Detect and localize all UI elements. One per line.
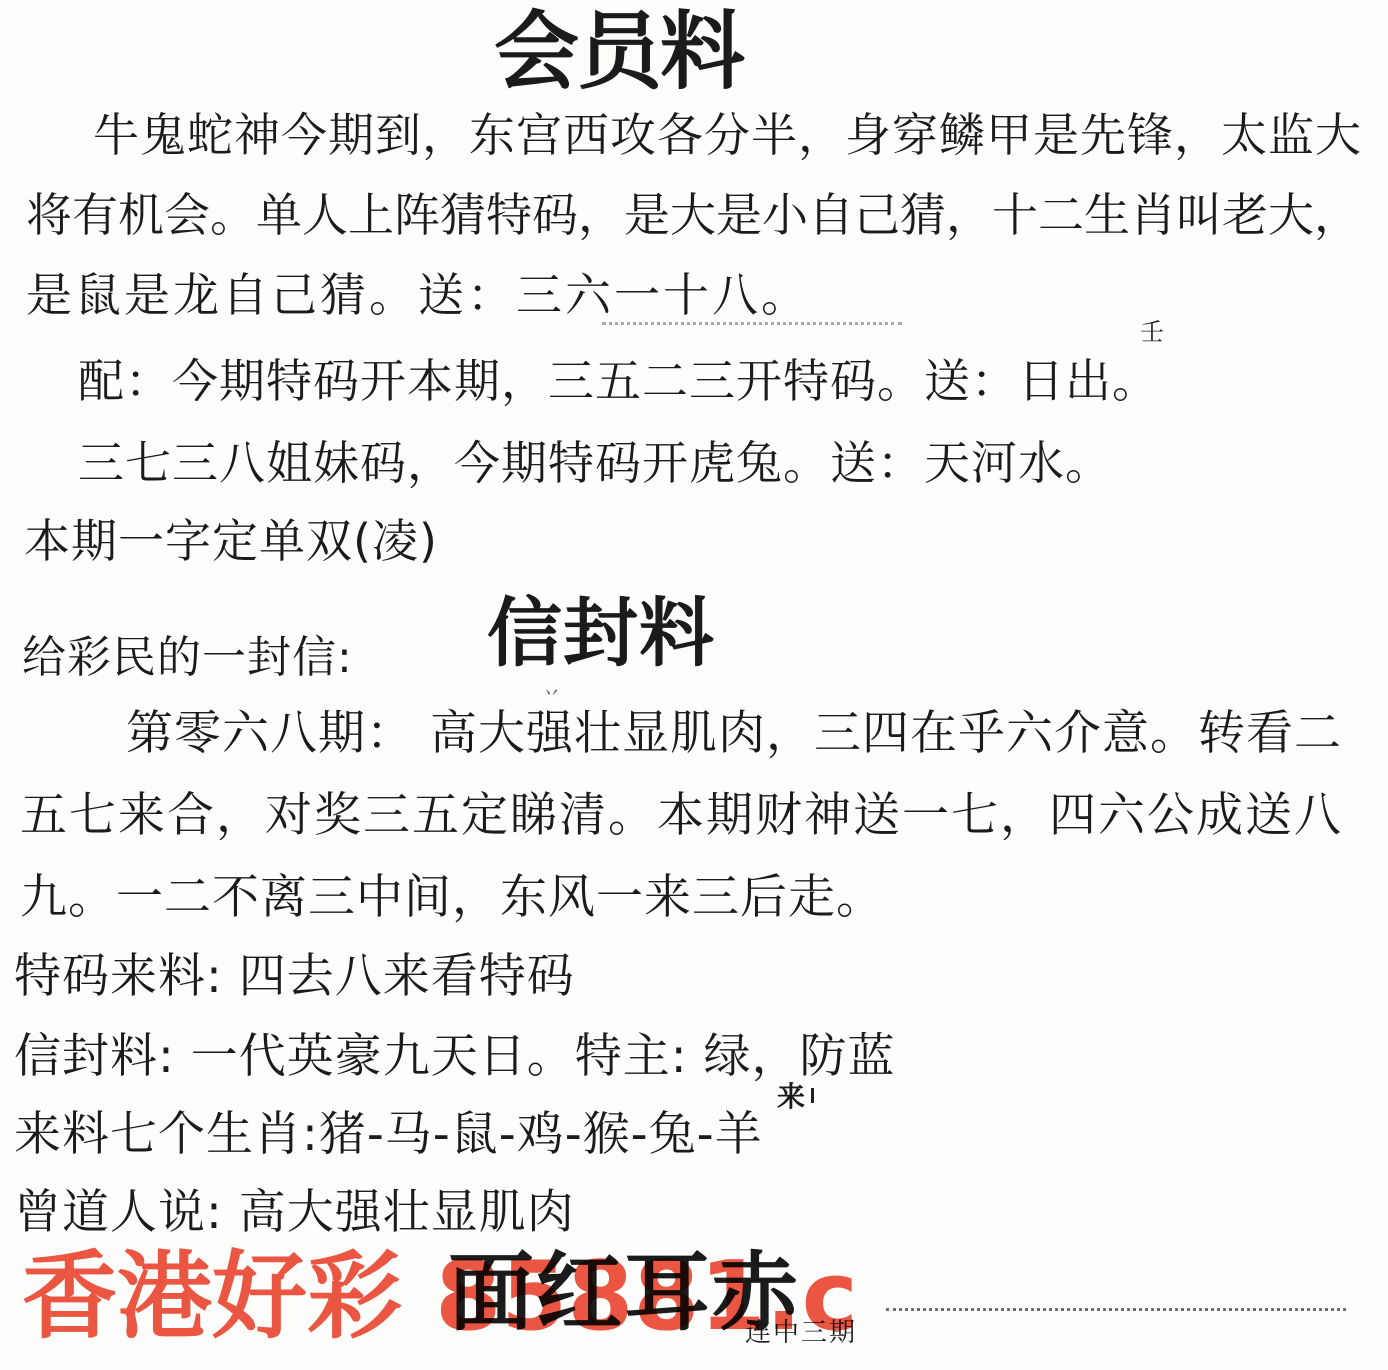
odd-even-line: 本期一字定单双(凌) <box>24 518 438 564</box>
site-watermark-text: 香港好彩 85881.c <box>22 1250 858 1345</box>
scan-noise-tick-bar <box>811 1088 814 1103</box>
scanned-lottery-sheet: 会员料 牛鬼蛇神今期到，东宫西攻各分半，身穿鳞甲是先锋，太监大 将有机会。单人上… <box>0 0 1388 1370</box>
member-paragraph-line-3: 是鼠是龙自己猜。送：三六一十八。 <box>26 272 810 318</box>
envelope-paragraph-line-2: 五七来合，对奖三五定睇清。本期财神送一七，四六公成送八 <box>20 792 1343 839</box>
scan-stray-mark-lai: 来 <box>777 1083 806 1111</box>
envelope-paragraph-line-1: 第零六八期： 高大强壮显肌肉，三四在乎六介意。转看二 <box>126 710 1342 757</box>
scan-stray-mark-tick: 丷 <box>543 686 561 703</box>
zengdaoren-tip-line: 曾道人说: 高大强壮显肌肉 <box>14 1189 575 1236</box>
zodiac-tip-line: 来料七个生肖:猪-马-鼠-鸡-猴-兔-羊 <box>14 1111 763 1158</box>
scan-noise-dots-bottom <box>886 1308 1346 1311</box>
sister-code-line: 三七三八姐妹码，今期特码开虎兔。送：天河水。 <box>78 440 1112 486</box>
member-paragraph-line-2: 将有机会。单人上阵猜特码，是大是小自己猜，十二生肖叫老大， <box>26 192 1360 238</box>
scan-stray-mark-ren: 壬 <box>1140 320 1165 344</box>
envelope-tip-line: 信封料: 一代英豪九天日。特主: 绿，防蓝 <box>14 1033 896 1080</box>
member-paragraph-line-1: 牛鬼蛇神今期到，东宫西攻各分半，身穿鳞甲是先锋，太监大 <box>93 112 1362 158</box>
envelope-paragraph-line-3: 九。一二不离三中间，东风一来三后走。 <box>20 874 884 921</box>
special-code-tip-line: 特码来料: 四去八来看特码 <box>14 953 575 1000</box>
pei-tip-line: 配：今期特码开本期，三五二三开特码。送：日出。 <box>78 358 1159 404</box>
envelope-section-title: 信封料 <box>487 596 715 671</box>
member-section-title: 会员料 <box>494 10 743 95</box>
envelope-intro-label: 给彩民的一封信: <box>22 636 353 680</box>
scan-noise-dots-top <box>602 322 902 325</box>
